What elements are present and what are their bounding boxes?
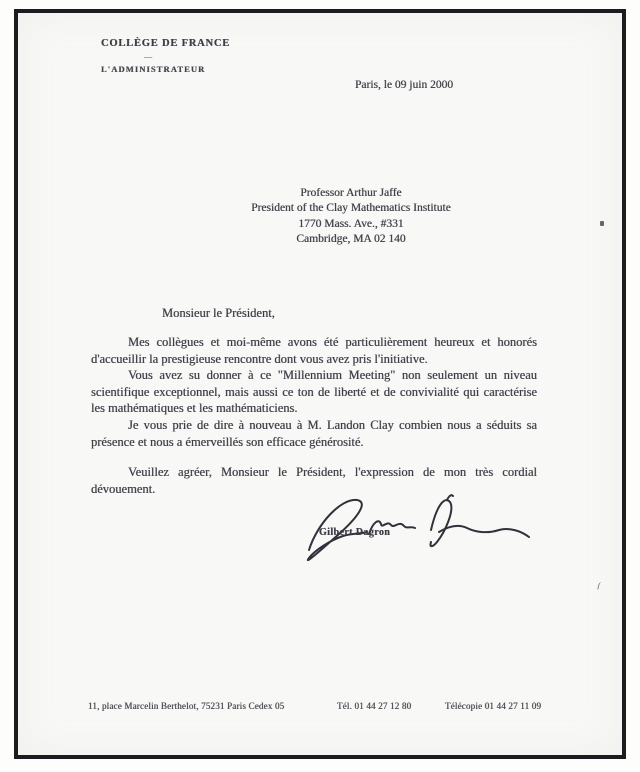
footer-fax: Télécopie 01 44 27 11 09 bbox=[445, 701, 541, 711]
signature-name: Gilbert Dagron bbox=[319, 527, 390, 538]
letter-body: Mes collègues et moi-même avons été part… bbox=[91, 334, 537, 497]
scanned-letter: COLLÈGE DE FRANCE — L'ADMINISTRATEUR Par… bbox=[0, 0, 640, 772]
letterhead-separator: — bbox=[113, 52, 183, 61]
footer: 11, place Marcelin Berthelot, 75231 Pari… bbox=[0, 701, 640, 715]
paragraph-2: Vous avez su donner à ce "Millennium Mee… bbox=[91, 367, 537, 417]
letterhead: COLLÈGE DE FRANCE — L'ADMINISTRATEUR bbox=[101, 38, 207, 74]
footer-phone: Tél. 01 44 27 12 80 bbox=[337, 701, 411, 711]
salutation: Monsieur le Président, bbox=[162, 306, 275, 321]
recipient-city: Cambridge, MA 02 140 bbox=[218, 232, 484, 247]
scan-speck-mark bbox=[597, 582, 603, 591]
recipient-title: President of the Clay Mathematics Instit… bbox=[218, 201, 484, 216]
dateline: Paris, le 09 juin 2000 bbox=[355, 79, 453, 91]
recipient-street: 1770 Mass. Ave., #331 bbox=[218, 217, 484, 232]
recipient-address: Professor Arthur Jaffe President of the … bbox=[218, 186, 484, 247]
paragraph-1: Mes collègues et moi-même avons été part… bbox=[91, 334, 537, 367]
scan-speck-dot bbox=[600, 221, 604, 226]
institution-name: COLLÈGE DE FRANCE bbox=[101, 38, 207, 49]
paragraph-3: Je vous prie de dire à nouveau à M. Land… bbox=[91, 417, 537, 450]
footer-address: 11, place Marcelin Berthelot, 75231 Pari… bbox=[88, 701, 284, 711]
signature-block: Gilbert Dagron bbox=[295, 490, 533, 570]
office-title: L'ADMINISTRATEUR bbox=[101, 64, 207, 74]
letter-content: COLLÈGE DE FRANCE — L'ADMINISTRATEUR Par… bbox=[0, 0, 640, 772]
recipient-name: Professor Arthur Jaffe bbox=[218, 186, 484, 201]
